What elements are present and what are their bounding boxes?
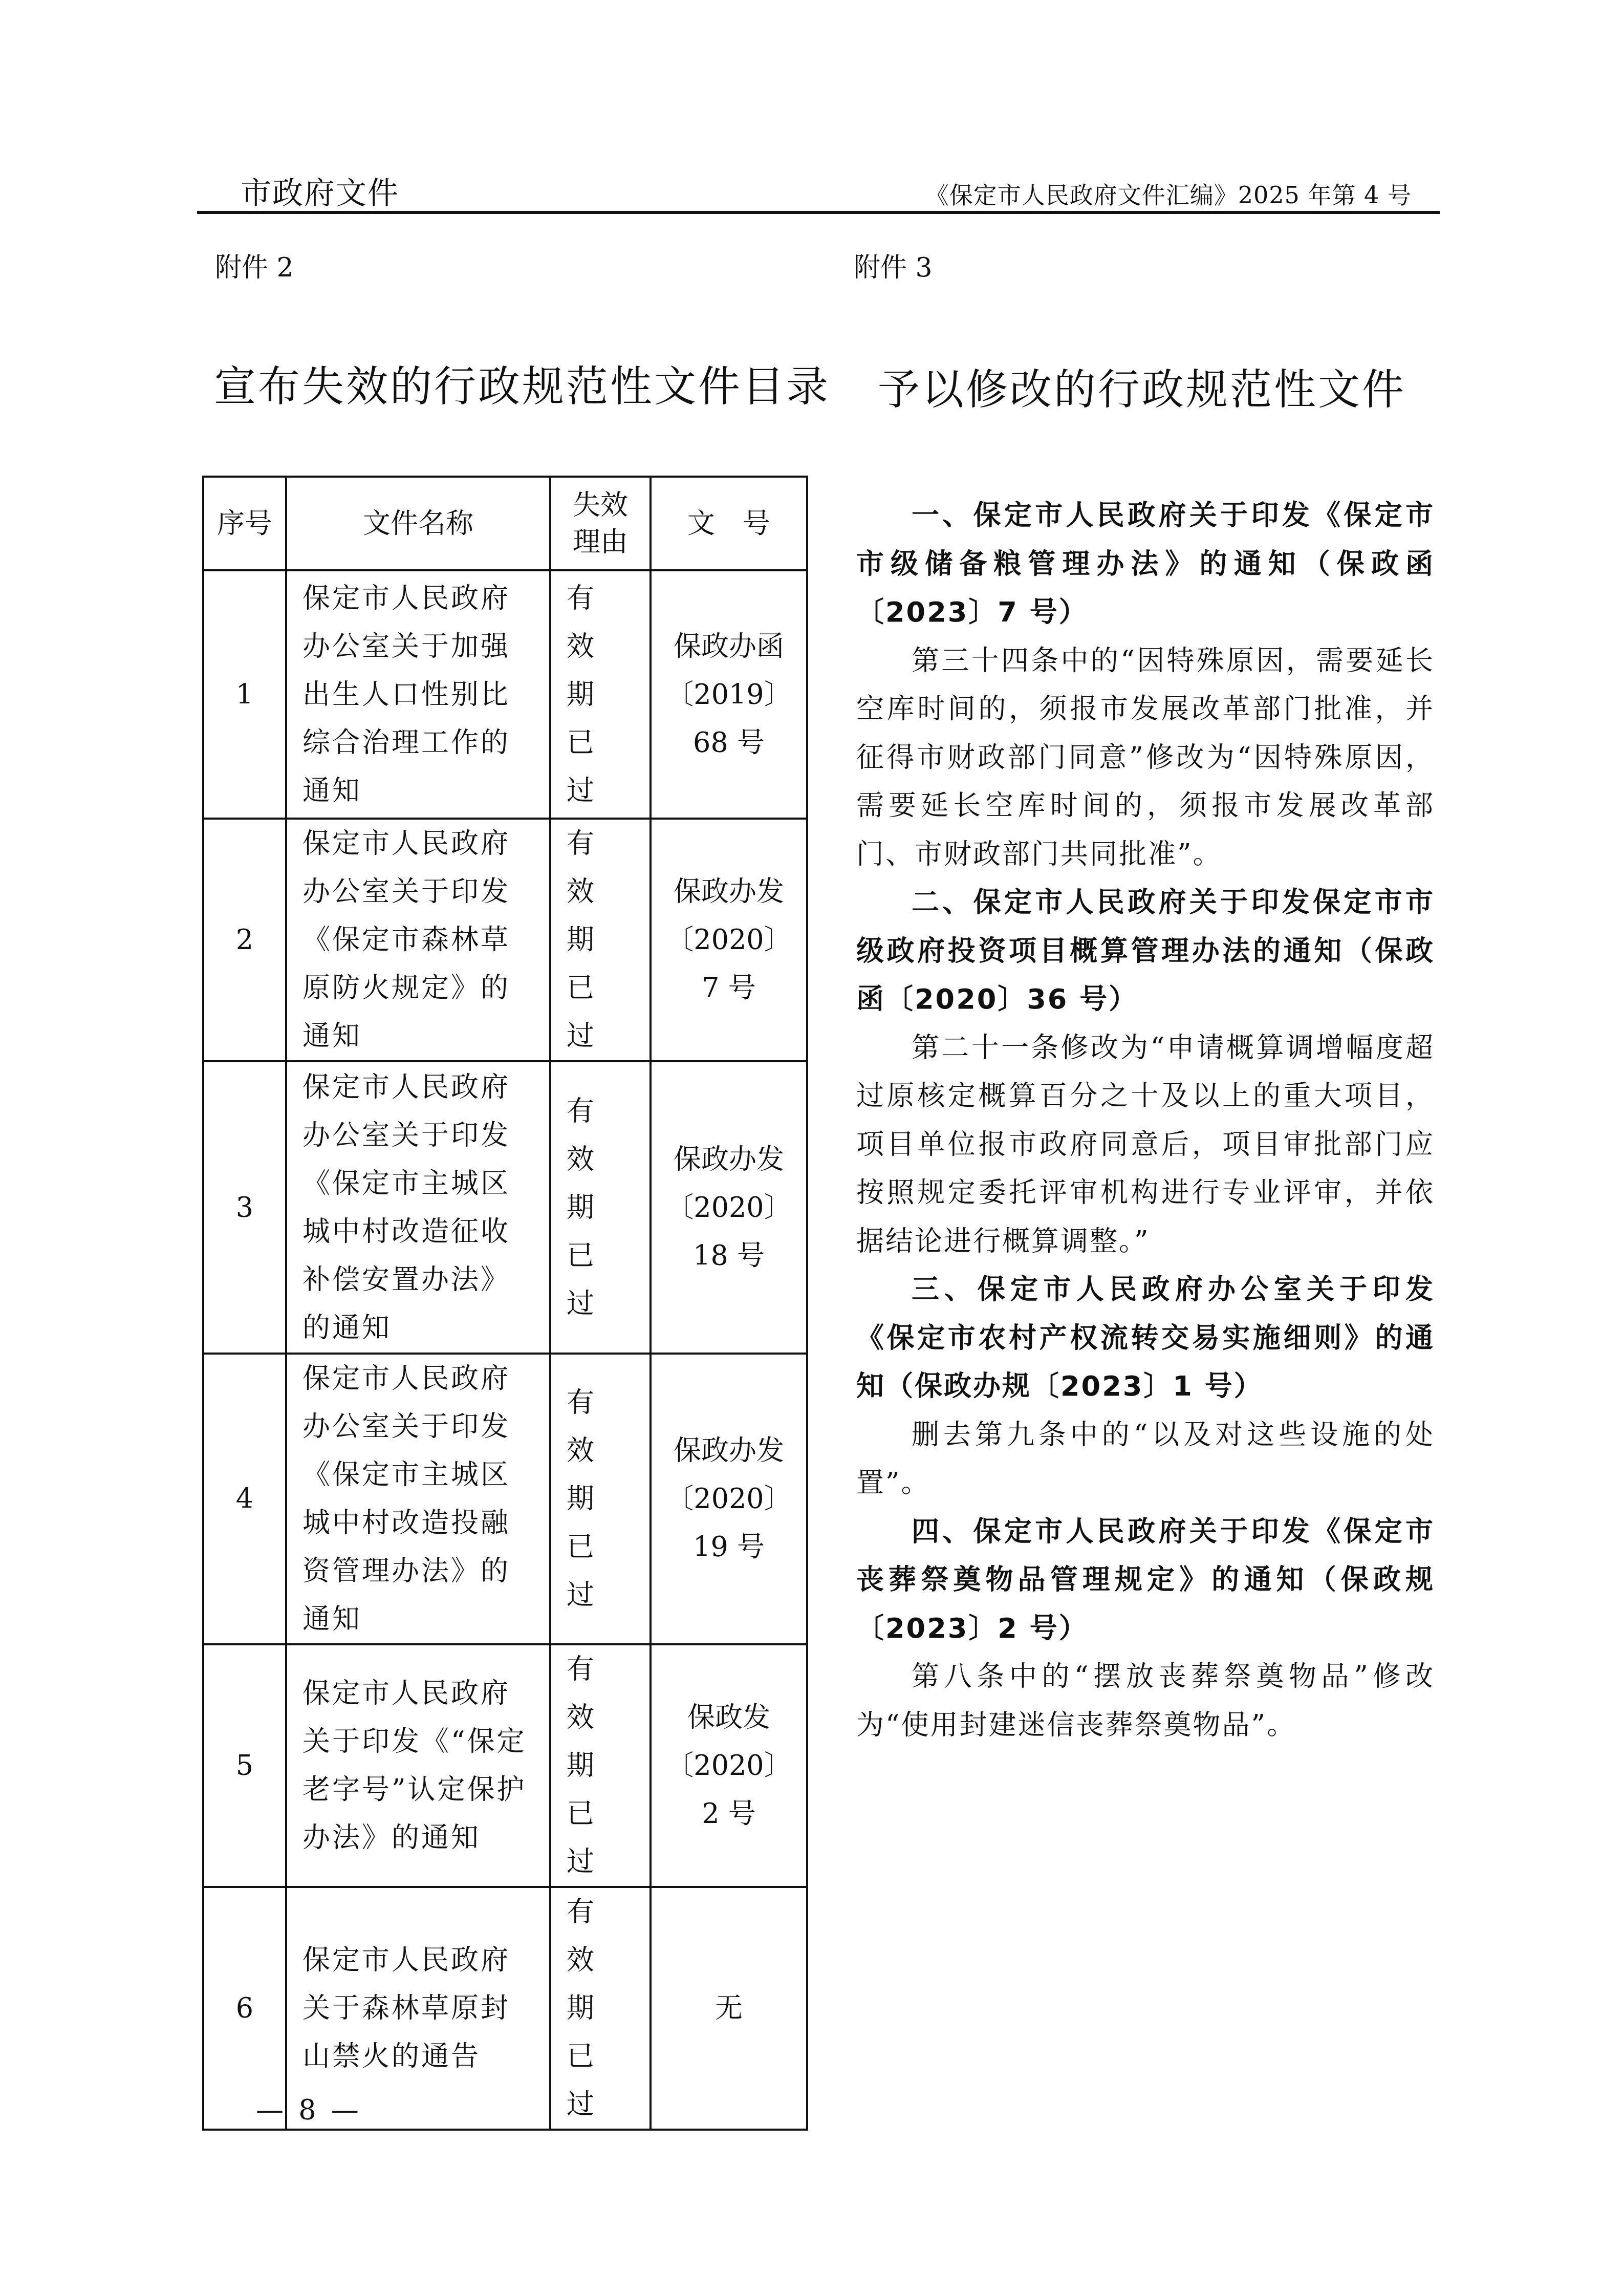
document-number-line: 〔2020〕 bbox=[652, 1475, 806, 1523]
table-row: 2保定市人民政府办公室关于印发《保定市森林草原防火规定》的通知有效期已过保政办发… bbox=[203, 819, 807, 1061]
table-row: 4保定市人民政府办公室关于印发《保定市主城区城中村改造投融资管理办法》的通知有效… bbox=[203, 1354, 807, 1644]
row-document-number: 保政办函〔2019〕68 号 bbox=[651, 570, 807, 819]
col-header-docno: 文 号 bbox=[651, 477, 807, 570]
attachment-3-title: 予以修改的行政规范性文件 bbox=[878, 356, 1406, 416]
amendment-text: 第二十一条修改为“申请概算调增幅度超过原核定概算百分之十及以上的重大项目，项目单… bbox=[856, 1024, 1435, 1266]
running-header-left: 市政府文件 bbox=[241, 169, 399, 213]
row-reason: 有效期已过 bbox=[550, 1644, 651, 1887]
document-number-line: 18 号 bbox=[652, 1232, 806, 1280]
repealed-documents-table: 序号 文件名称 失效理由 文 号 1保定市人民政府办公室关于加强出生人口性别比综… bbox=[202, 476, 808, 2131]
document-number-line: 68 号 bbox=[652, 719, 806, 767]
amendment-heading: 三、保定市人民政府办公室关于印发《保定市农村产权流转交易实施细则》的通知（保政办… bbox=[856, 1265, 1435, 1411]
amendment-heading: 二、保定市人民政府关于印发保定市市级政府投资项目概算管理办法的通知（保政函〔20… bbox=[856, 878, 1435, 1024]
attachment-2-title: 宣布失效的行政规范性文件目录 bbox=[214, 353, 830, 413]
document-number-line: 19 号 bbox=[652, 1523, 806, 1571]
row-index: 2 bbox=[203, 819, 286, 1061]
row-index: 3 bbox=[203, 1061, 286, 1354]
col-header-name: 文件名称 bbox=[286, 477, 550, 570]
amendments-body: 一、保定市人民政府关于印发《保定市市级储备粮管理办法》的通知（保政函〔2023〕… bbox=[856, 491, 1435, 1749]
row-document-name: 保定市人民政府关于印发《“保定老字号”认定保护办法》的通知 bbox=[286, 1644, 550, 1887]
row-document-number: 保政办发〔2020〕18 号 bbox=[651, 1061, 807, 1354]
amendment-text: 删去第九条中的“以及对这些设施的处置”。 bbox=[856, 1411, 1435, 1508]
document-number-line: 保政办发 bbox=[652, 868, 806, 916]
table-row: 3保定市人民政府办公室关于印发《保定市主城区城中村改造征收补偿安置办法》的通知有… bbox=[203, 1061, 807, 1354]
document-number-line: 〔2019〕 bbox=[652, 671, 806, 719]
amendment-heading: 四、保定市人民政府关于印发《保定市丧葬祭奠物品管理规定》的通知（保政规〔2023… bbox=[856, 1508, 1435, 1653]
row-index: 4 bbox=[203, 1354, 286, 1644]
row-document-name: 保定市人民政府办公室关于印发《保定市主城区城中村改造征收补偿安置办法》的通知 bbox=[286, 1061, 550, 1354]
document-number-line: 7 号 bbox=[652, 964, 806, 1012]
row-document-number: 无 bbox=[651, 1887, 807, 2130]
row-reason: 有效期已过 bbox=[550, 570, 651, 819]
header-divider bbox=[197, 211, 1440, 214]
row-index: 5 bbox=[203, 1644, 286, 1887]
document-number-line: 保政办发 bbox=[652, 1427, 806, 1475]
col-header-reason: 失效理由 bbox=[550, 477, 651, 570]
row-document-number: 保政办发〔2020〕19 号 bbox=[651, 1354, 807, 1644]
row-index: 1 bbox=[203, 570, 286, 819]
document-number-line: 〔2020〕 bbox=[652, 1184, 806, 1232]
running-header-right: 《保定市人民政府文件汇编》2025 年第 4 号 bbox=[925, 177, 1412, 210]
row-document-number: 保政办发〔2020〕7 号 bbox=[651, 819, 807, 1061]
row-document-name: 保定市人民政府办公室关于加强出生人口性别比综合治理工作的通知 bbox=[286, 570, 550, 819]
row-document-number: 保政发〔2020〕2 号 bbox=[651, 1644, 807, 1887]
col-header-index: 序号 bbox=[203, 477, 286, 570]
attachment-3-label: 附件 3 bbox=[854, 246, 933, 284]
document-number-line: 〔2020〕 bbox=[652, 916, 806, 964]
row-reason: 有效期已过 bbox=[550, 1354, 651, 1644]
table-header-row: 序号 文件名称 失效理由 文 号 bbox=[203, 477, 807, 570]
document-number-line: 保政发 bbox=[652, 1693, 806, 1742]
row-index: 6 bbox=[203, 1887, 286, 2130]
row-document-name: 保定市人民政府关于森林草原封山禁火的通告 bbox=[286, 1887, 550, 2130]
attachment-2-label: 附件 2 bbox=[215, 246, 294, 284]
table-row: 5保定市人民政府关于印发《“保定老字号”认定保护办法》的通知有效期已过保政发〔2… bbox=[203, 1644, 807, 1887]
row-reason: 有效期已过 bbox=[550, 1061, 651, 1354]
amendment-heading: 一、保定市人民政府关于印发《保定市市级储备粮管理办法》的通知（保政函〔2023〕… bbox=[856, 491, 1435, 637]
row-reason: 有效期已过 bbox=[550, 1887, 651, 2130]
document-number-line: 〔2020〕 bbox=[652, 1742, 806, 1790]
table-row: 1保定市人民政府办公室关于加强出生人口性别比综合治理工作的通知有效期已过保政办函… bbox=[203, 570, 807, 819]
row-document-name: 保定市人民政府办公室关于印发《保定市森林草原防火规定》的通知 bbox=[286, 819, 550, 1061]
row-document-name: 保定市人民政府办公室关于印发《保定市主城区城中村改造投融资管理办法》的通知 bbox=[286, 1354, 550, 1644]
page-number: — 8 — bbox=[256, 2094, 362, 2126]
document-number-line: 无 bbox=[652, 1984, 806, 2032]
amendment-text: 第三十四条中的“因特殊原因，需要延长空库时间的，须报市发展改革部门批准，并征得市… bbox=[856, 637, 1435, 879]
row-reason: 有效期已过 bbox=[550, 819, 651, 1061]
amendment-text: 第八条中的“摆放丧葬祭奠物品”修改为“使用封建迷信丧葬祭奠物品”。 bbox=[856, 1653, 1435, 1749]
document-number-line: 保政办函 bbox=[652, 623, 806, 671]
document-number-line: 2 号 bbox=[652, 1790, 806, 1838]
table-row: 6保定市人民政府关于森林草原封山禁火的通告有效期已过无 bbox=[203, 1887, 807, 2130]
document-number-line: 保政办发 bbox=[652, 1135, 806, 1184]
